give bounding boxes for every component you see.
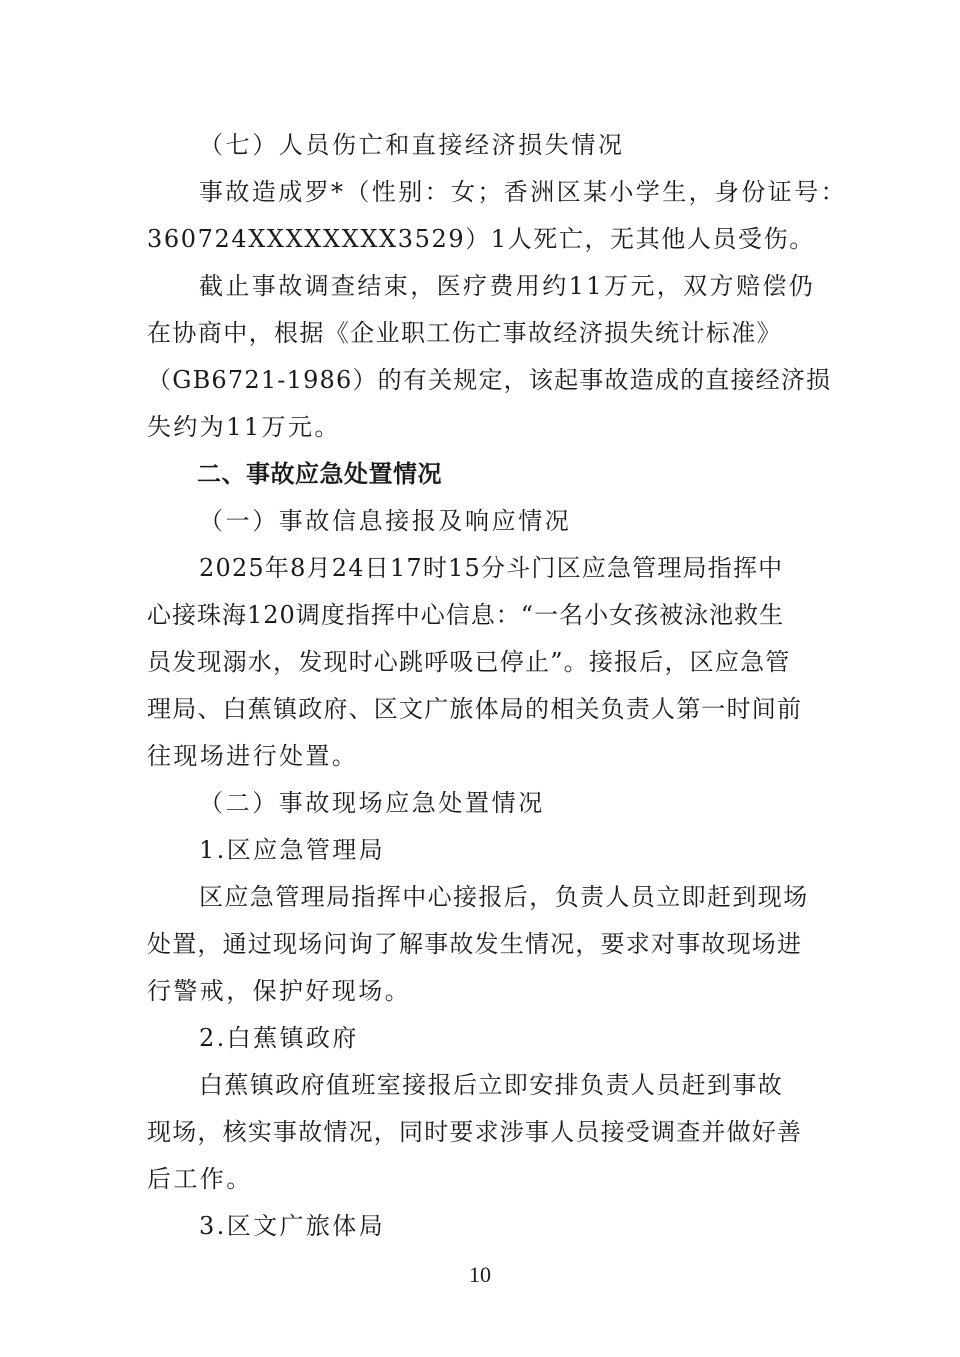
page-number: 10	[0, 1262, 960, 1288]
paragraph-line: 处置，通过现场问询了解事故发生情况，要求对事故现场进	[147, 929, 817, 959]
subheading-info-reporting: （一）事故信息接报及响应情况	[199, 506, 869, 536]
paragraph-line: 2025年8月24日17时15分斗门区应急管理局指挥中	[199, 553, 869, 583]
paragraph-line: 现场，核实事故情况，同时要求涉事人员接受调查并做好善	[147, 1117, 817, 1147]
paragraph-line: 员发现溺水，发现时心跳呼吸已停止”。接报后，区应急管	[147, 647, 817, 677]
paragraph-line: 行警戒，保护好现场。	[147, 976, 817, 1006]
paragraph-line: （GB6721-1986）的有关规定，该起事故造成的直接经济损	[147, 365, 817, 395]
section-heading-emergency-response: 二、事故应急处置情况	[197, 459, 867, 489]
subheading-onsite-response: （二）事故现场应急处置情况	[199, 788, 869, 818]
paragraph-line: 事故造成罗*（性别：女；香洲区某小学生，身份证号：	[199, 177, 869, 207]
paragraph-line: 心接珠海120调度指挥中心信息：“一名小女孩被泳池救生	[147, 600, 817, 630]
paragraph-line: 360724XXXXXXXX3529）1人死亡，无其他人员受伤。	[147, 224, 817, 254]
paragraph-line: 白蕉镇政府值班室接报后立即安排负责人员赶到事故	[199, 1070, 869, 1100]
document-page: （七）人员伤亡和直接经济损失情况 事故造成罗*（性别：女；香洲区某小学生，身份证…	[0, 0, 960, 1357]
paragraph-line: 后工作。	[147, 1164, 817, 1194]
paragraph-line: 理局、白蕉镇政府、区文广旅体局的相关负责人第一时间前	[147, 694, 817, 724]
subheading-casualties: （七）人员伤亡和直接经济损失情况	[199, 130, 869, 160]
item-heading-culture-bureau: 3.区文广旅体局	[199, 1211, 869, 1241]
paragraph-line: 往现场进行处置。	[147, 741, 817, 771]
paragraph-line: 截止事故调查结束，医疗费用约11万元，双方赔偿仍	[199, 271, 869, 301]
paragraph-line: 区应急管理局指挥中心接报后，负责人员立即赶到现场	[199, 882, 869, 912]
item-heading-baijiao-government: 2.白蕉镇政府	[199, 1023, 869, 1053]
paragraph-line: 在协商中，根据《企业职工伤亡事故经济损失统计标准》	[147, 318, 817, 348]
paragraph-line: 失约为11万元。	[147, 412, 817, 442]
item-heading-emergency-bureau: 1.区应急管理局	[199, 835, 869, 865]
